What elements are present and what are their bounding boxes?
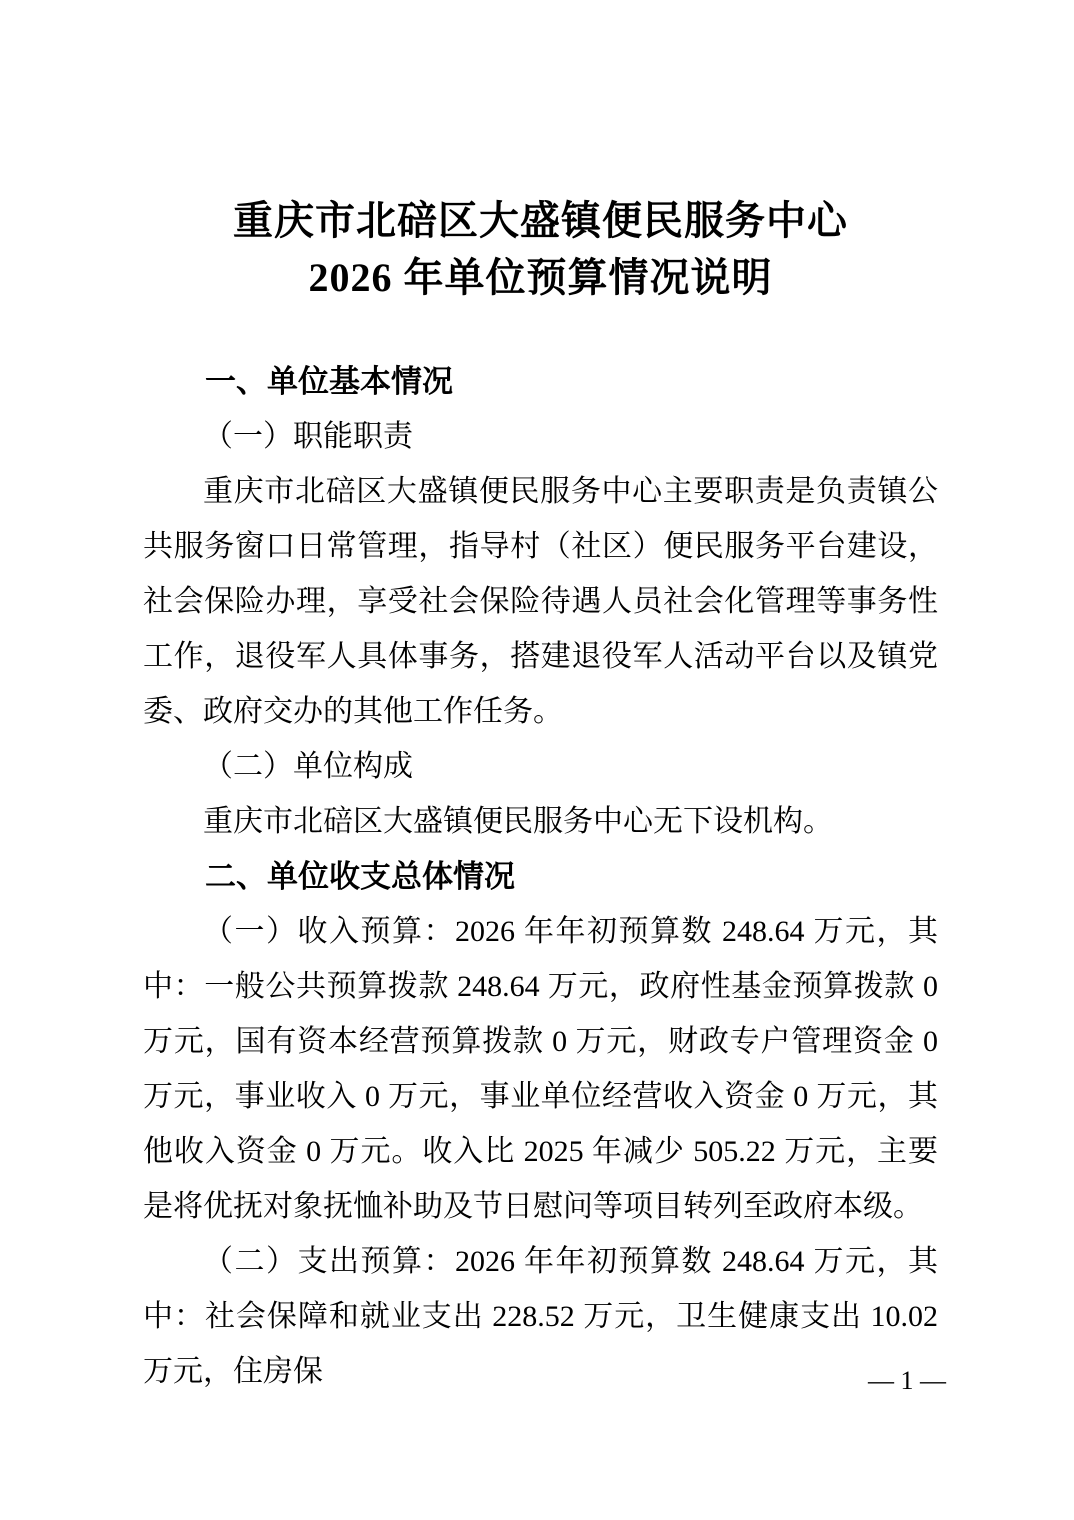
document-body: 一、单位基本情况 （一）职能职责 重庆市北碚区大盛镇便民服务中心主要职责是负责镇…: [143, 354, 938, 1399]
paragraph-duties: 重庆市北碚区大盛镇便民服务中心主要职责是负责镇公共服务窗口日常管理，指导村（社区…: [143, 464, 938, 739]
title-line-2: 2026 年单位预算情况说明: [143, 249, 938, 306]
section-heading-basic-info: 一、单位基本情况: [143, 354, 938, 409]
document-title: 重庆市北碚区大盛镇便民服务中心 2026 年单位预算情况说明: [143, 192, 938, 306]
page-number: — 1 —: [868, 1366, 946, 1395]
subsection-heading-composition: （二）单位构成: [143, 739, 938, 794]
paragraph-composition: 重庆市北碚区大盛镇便民服务中心无下设机构。: [143, 794, 938, 849]
paragraph-revenue-budget: （一）收入预算：2026 年年初预算数 248.64 万元，其中：一般公共预算拨…: [143, 904, 938, 1234]
paragraph-expenditure-budget: （二）支出预算：2026 年年初预算数 248.64 万元，其中：社会保障和就业…: [143, 1234, 938, 1399]
title-line-1: 重庆市北碚区大盛镇便民服务中心: [143, 192, 938, 249]
document-page: 重庆市北碚区大盛镇便民服务中心 2026 年单位预算情况说明 一、单位基本情况 …: [0, 0, 1074, 1520]
page-footer: — 1 —: [868, 1366, 946, 1396]
section-heading-revenue-expenditure: 二、单位收支总体情况: [143, 849, 938, 904]
subsection-heading-duties: （一）职能职责: [143, 409, 938, 464]
